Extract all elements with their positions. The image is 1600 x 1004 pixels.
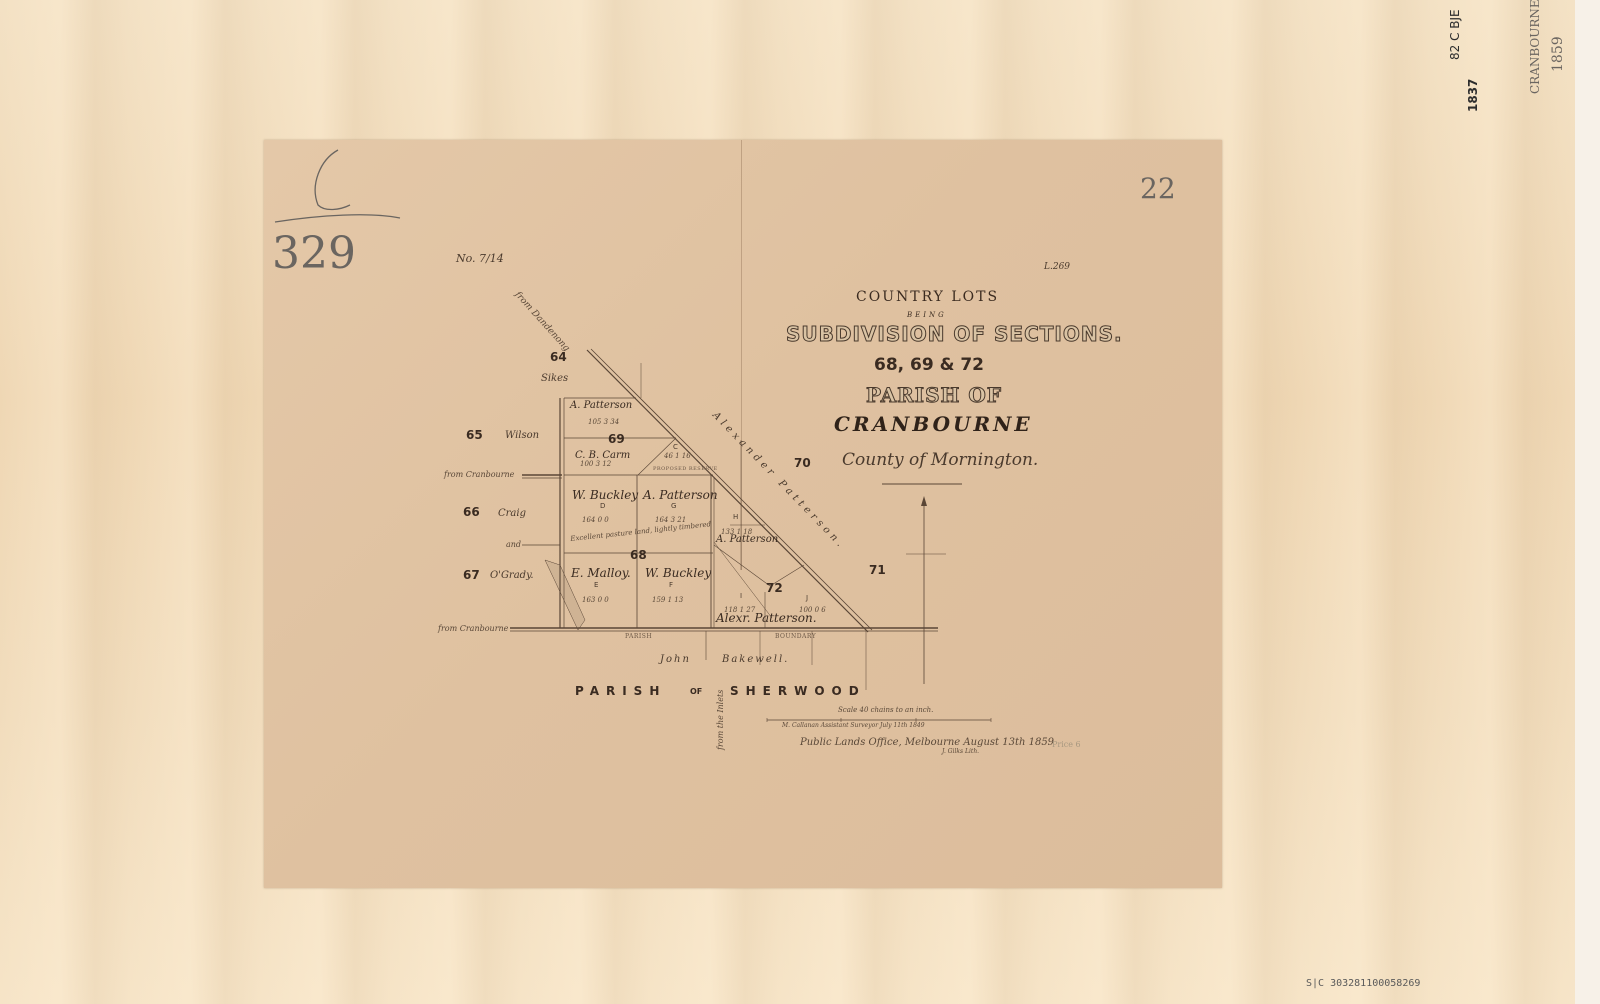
barcode-text: S|C 303281100058269 xyxy=(1306,978,1420,989)
title-parish-name: CRANBOURNE xyxy=(834,412,1033,436)
map-sheet xyxy=(264,140,1222,888)
title-parish-of: PARISH OF xyxy=(866,383,1002,407)
south-owner-1: John xyxy=(660,654,691,665)
spine-pencil-line2: 1859 xyxy=(1550,36,1566,72)
road-from-cranbourne-1: from Cranbourne xyxy=(444,470,514,479)
office-line: Public Lands Office, Melbourne August 13… xyxy=(800,737,1054,748)
section-72-label: 72 xyxy=(766,581,783,595)
south-parish-name: SHERWOOD xyxy=(730,684,866,698)
lot-e-owner: E. Malloy. xyxy=(571,566,631,580)
lot-e-letter: E xyxy=(594,581,598,589)
lithographer: J. Gilks Lith. xyxy=(942,748,979,755)
section-64-number: 64 xyxy=(550,350,567,364)
lot-f-letter: F xyxy=(669,581,673,589)
lot-h-owner: A. Patterson xyxy=(716,534,778,545)
lot-j-area: 100 0 6 xyxy=(799,606,826,614)
road-from-cranbourne-2: from Cranbourne xyxy=(438,624,508,633)
lot-j-letter: J xyxy=(806,594,808,602)
parish-boundary-label-2: BOUNDARY xyxy=(775,633,816,640)
lot-b-area: 100 3 12 xyxy=(580,460,611,468)
section-67-number: 67 xyxy=(463,568,480,582)
lot-g-owner: A. Patterson xyxy=(643,488,718,502)
road-and: and xyxy=(506,540,521,549)
section-69-label: 69 xyxy=(608,432,625,446)
lot-c-area: 46 1 16 xyxy=(664,452,691,460)
lot-a-owner: A. Patterson xyxy=(570,400,632,411)
lot-h-letter: H xyxy=(733,513,738,521)
pencil-catalog-number: 329 xyxy=(272,228,356,279)
spine-stamp-line2: 1837 xyxy=(1466,79,1480,112)
section-66-number: 66 xyxy=(463,505,480,519)
spine-stamp-line1: 82 C BJE xyxy=(1448,9,1462,60)
surveyor-note: M. Callanan Assistant Surveyor July 11th… xyxy=(782,722,925,729)
lot-e-area: 163 0 0 xyxy=(582,596,609,604)
lot-c-note: PROPOSED RESERVE xyxy=(653,466,718,472)
lot-d-letter: D xyxy=(600,502,605,510)
section-70-number: 70 xyxy=(794,456,811,470)
title-being: BEING xyxy=(907,311,947,319)
lot-f-area: 159 1 13 xyxy=(652,596,683,604)
title-sections: 68, 69 & 72 xyxy=(874,355,984,375)
section-65-number: 65 xyxy=(466,428,483,442)
pencil-sheet-number: 22 xyxy=(1140,172,1176,205)
lot-i-letter: I xyxy=(740,592,742,600)
section-65-owner: Wilson xyxy=(505,430,539,441)
section-64-owner: Sikes xyxy=(541,373,568,384)
section-66-owner: Craig xyxy=(498,508,526,519)
lot-a-area: 105 3 34 xyxy=(588,418,619,426)
title-country-lots: COUNTRY LOTS xyxy=(856,289,999,305)
backing-edge xyxy=(1575,0,1600,1004)
spine-pencil-line1: CRANBOURNE xyxy=(1528,0,1542,94)
south-parish-of: OF xyxy=(690,687,702,696)
plan-number: No. 7/14 xyxy=(456,252,504,265)
section-68-label: 68 xyxy=(630,548,647,562)
title-county: County of Mornington. xyxy=(842,450,1038,470)
section-67-owner: O'Grady. xyxy=(490,570,534,581)
price: Price 6 xyxy=(1052,740,1081,749)
road-from-the-inlets: from the Inlets xyxy=(716,690,725,750)
litho-reference: L.269 xyxy=(1044,262,1070,272)
section-71-number: 71 xyxy=(869,563,886,577)
lot-d-owner: W. Buckley xyxy=(572,488,638,502)
south-owner-2: Bakewell. xyxy=(722,654,789,665)
title-subdivision: SUBDIVISION OF SECTIONS. xyxy=(786,322,1123,346)
lot-g-letter: G xyxy=(671,502,676,510)
south-parish-label: PARISH xyxy=(575,684,666,698)
lot-d-area: 164 0 0 xyxy=(582,516,609,524)
lot-f-owner: W. Buckley xyxy=(645,566,711,580)
scale-text: Scale 40 chains to an inch. xyxy=(838,706,933,714)
parish-boundary-label-1: PARISH xyxy=(625,633,652,640)
fold-crease xyxy=(741,140,742,570)
lot-c-letter: C xyxy=(673,443,678,451)
